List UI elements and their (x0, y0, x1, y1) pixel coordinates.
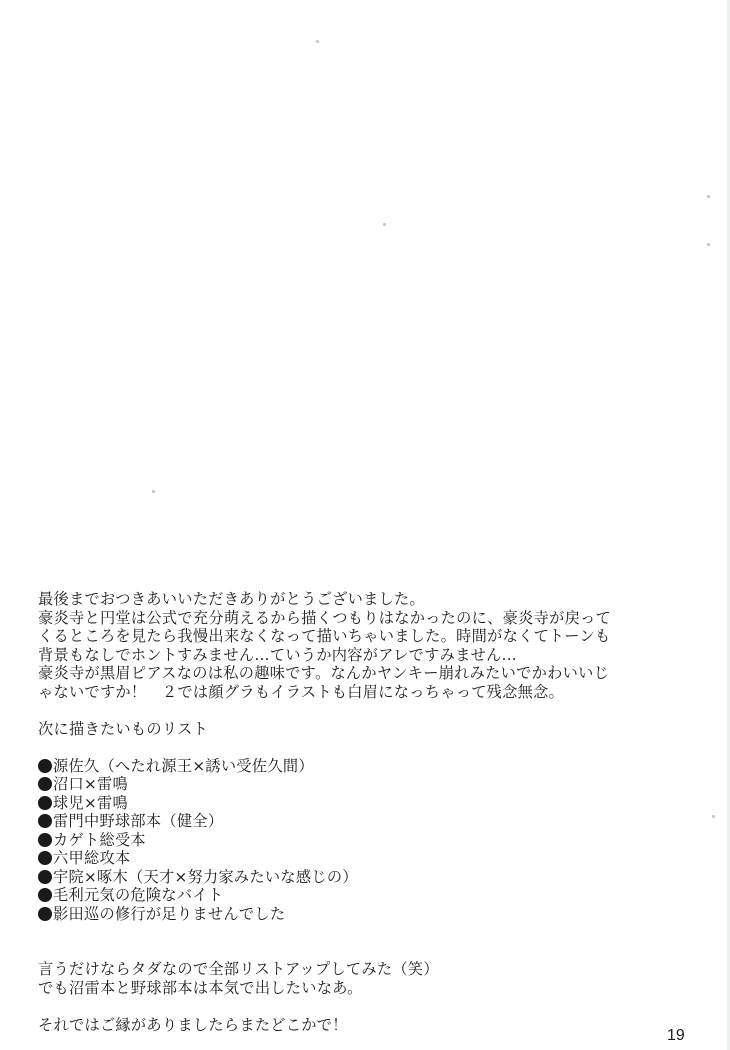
bullet-icon (38, 833, 52, 847)
closing-line: それではご縁がありましたらまたどこかで！ (38, 1016, 718, 1035)
thanks-paragraph: 最後までおつきあいいただきありがとうございました。 豪炎寺と円堂は公式で充分萌え… (38, 590, 718, 701)
text-line: 最後までおつきあいいただきありがとうございました。 (38, 590, 718, 609)
list-item: 源佐久（へたれ源王×誘い受佐久間） (38, 757, 718, 776)
list-item: 雷門中野球部本（健全） (38, 812, 718, 831)
bullet-icon (38, 777, 52, 791)
list-item: 影田巡の修行が足りませんでした (38, 905, 718, 924)
text-line: ゃないですか！ ２では顔グラもイラストも白眉になっちゃって残念無念。 (38, 683, 718, 702)
text-line: 豪炎寺が黒眉ピアスなのは私の趣味です。なんかヤンキー崩れみたいでかわいいじ (38, 664, 718, 683)
list-item: 宇院×啄木（天才×努力家みたいな感じの） (38, 868, 718, 887)
page-number: 19 (667, 1027, 685, 1045)
bullet-icon (38, 888, 52, 902)
text-line: くるところを見たら我慢出来なくなって描いちゃいました。時間がなくてトーンも (38, 627, 718, 646)
list-item: 毛利元気の危険なバイト (38, 886, 718, 905)
text-line: でも沼雷本と野球部本は本気で出したいなあ。 (38, 979, 718, 998)
bullet-icon (38, 907, 52, 921)
afterword-text: 最後までおつきあいいただきありがとうございました。 豪炎寺と円堂は公式で充分萌え… (38, 590, 718, 1034)
scan-speck (152, 490, 155, 493)
scan-speck (316, 40, 319, 43)
text-line: 言うだけならタダなので全部リストアップしてみた（笑） (38, 960, 718, 979)
text-line: 背景もなしでホントすみません…ていうか内容がアレですみません… (38, 646, 718, 665)
scan-speck (707, 195, 710, 198)
bullet-icon (38, 851, 52, 865)
bullet-icon (38, 870, 52, 884)
text-line: 豪炎寺と円堂は公式で充分萌えるから描くつもりはなかったのに、豪炎寺が戻って (38, 609, 718, 628)
bullet-icon (38, 759, 52, 773)
list-comment-paragraph: 言うだけならタダなので全部リストアップしてみた（笑） でも沼雷本と野球部本は本気… (38, 960, 718, 997)
scan-speck (707, 243, 710, 246)
bullet-icon (38, 814, 52, 828)
list-item: 六甲総攻本 (38, 849, 718, 868)
wishlist: 源佐久（へたれ源王×誘い受佐久間） 沼口×雷鳴 球児×雷鳴 雷門中野球部本（健全… (38, 757, 718, 924)
bullet-icon (38, 796, 52, 810)
list-item: カゲト総受本 (38, 831, 718, 850)
list-item: 沼口×雷鳴 (38, 775, 718, 794)
manga-afterword-page: 最後までおつきあいいただきありがとうございました。 豪炎寺と円堂は公式で充分萌え… (0, 0, 730, 1050)
scan-speck (383, 223, 386, 226)
list-item: 球児×雷鳴 (38, 794, 718, 813)
list-heading: 次に描きたいものリスト (38, 720, 718, 739)
